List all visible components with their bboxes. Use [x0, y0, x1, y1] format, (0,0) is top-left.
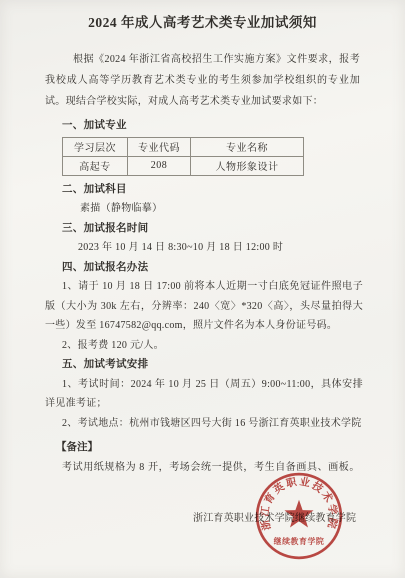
majors-table-header-row: 学习层次 专业代码 专业名称 — [63, 137, 304, 156]
majors-table: 学习层次 专业代码 专业名称 高起专 208 人物形象设计 — [62, 137, 304, 176]
exam-location-item: 2、考试地点：杭州市钱塘区四号大街 16 号浙江育英职业技术学院 — [45, 414, 363, 434]
majors-cell-level: 高起专 — [63, 156, 128, 175]
page-title: 2024 年成人高考艺术类专业加试须知 — [0, 0, 405, 32]
intro-paragraph: 根据《2024 年浙江省高校招生工作实施方案》文件要求，报考我校成人高等学历教育… — [45, 49, 360, 112]
seal-bottom-text: 继续教育学院 — [274, 536, 325, 546]
majors-header-code: 专业代码 — [128, 137, 191, 156]
section-heading-signup-time: 三、加试报名时间 — [62, 219, 405, 239]
signup-method-item-1: 1、请于 10 月 18 日 17:00 前将本人近期一寸白底免冠证件照电子版（… — [45, 277, 363, 336]
section-heading-exam-arrangement: 五、加试考试安排 — [62, 355, 405, 375]
majors-cell-code: 208 — [128, 156, 191, 175]
majors-header-level: 学习层次 — [63, 137, 128, 156]
remark-content: 考试用纸规格为 8 开，考场会统一提供，考生自备画具、画板。 — [62, 458, 405, 478]
exam-time-item: 1、考试时间：2024 年 10 月 25 日（周五）9:00~11:00，具体… — [45, 375, 363, 414]
star-icon — [284, 500, 313, 528]
section-heading-subjects: 二、加试科目 — [62, 180, 405, 200]
majors-table-data-row: 高起专 208 人物形象设计 — [63, 156, 304, 175]
official-seal: 浙江育英职业技术学院 继续教育学院 — [254, 471, 344, 561]
majors-cell-name: 人物形象设计 — [191, 156, 304, 175]
signup-method-item-2: 2、报考费 120 元/人。 — [45, 336, 363, 356]
remark-heading: 【备注】 — [56, 438, 405, 458]
section-heading-majors: 一、加试专业 — [62, 116, 405, 136]
seal-graphic: 浙江育英职业技术学院 继续教育学院 — [254, 471, 344, 561]
scanned-notice-page: 2024 年成人高考艺术类专业加试须知 根据《2024 年浙江省高校招生工作实施… — [0, 0, 405, 578]
majors-header-name: 专业名称 — [191, 137, 304, 156]
signup-time-content: 2023 年 10 月 14 日 8:30~10 月 18 日 12:00 时 — [78, 238, 405, 258]
section-heading-signup-method: 四、加试报名办法 — [62, 258, 405, 278]
subjects-content: 素描（静物临摹） — [80, 199, 405, 219]
